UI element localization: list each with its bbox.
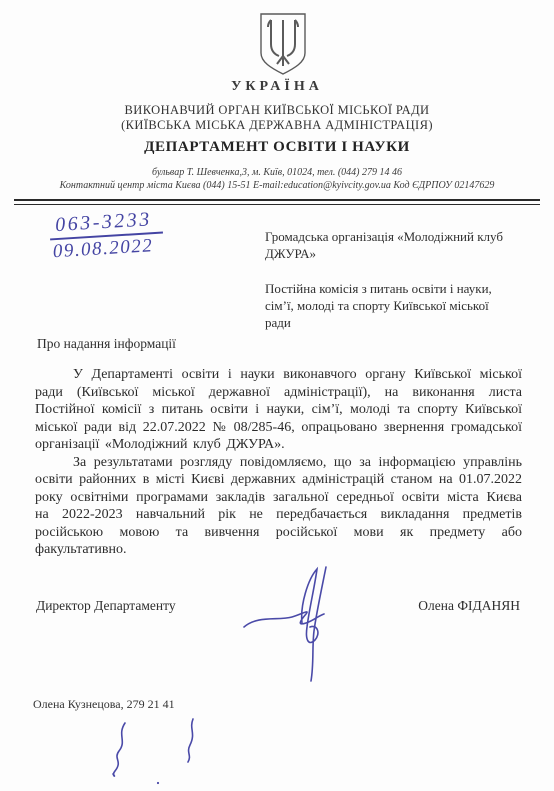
recipient-commission: Постійна комісія з питань освіти і науки… xyxy=(265,280,517,332)
recipient-block: Громадська організація «Молодіжний клуб … xyxy=(265,228,517,331)
department-name: ДЕПАРТАМЕНТ ОСВІТИ І НАУКИ xyxy=(0,139,554,156)
scanned-official-letter: УКРАЇНА ВИКОНАВЧИЙ ОРГАН КИЇВСЬКОЇ МІСЬК… xyxy=(0,0,554,791)
letterhead-divider xyxy=(14,199,540,205)
pen-marks xyxy=(95,715,235,789)
org-line-1: ВИКОНАВЧИЙ ОРГАН КИЇВСЬКОЇ МІСЬКОЇ РАДИ xyxy=(0,103,554,118)
letter-body: У Департаменті освіти і науки виконавчог… xyxy=(35,366,522,559)
handwritten-reference: 063-3233 09.08.2022 xyxy=(49,208,164,264)
ukraine-trident-emblem xyxy=(251,11,315,77)
country-title: УКРАЇНА xyxy=(0,79,554,95)
handwritten-signature xyxy=(240,563,380,685)
executor-contact: Олена Кузнецова, 279 21 41 xyxy=(33,697,175,712)
recipient-organization: Громадська організація «Молодіжний клуб … xyxy=(265,228,517,263)
body-paragraph-2: За результатами розгляду повідомляємо, щ… xyxy=(35,454,522,559)
subject-line: Про надання інформації xyxy=(37,336,176,352)
address-line-1: бульвар Т. Шевченка,3, м. Київ, 01024, т… xyxy=(0,167,554,178)
trident-shield-icon xyxy=(251,11,315,77)
signatory-name: Олена ФІДАНЯН xyxy=(380,598,520,614)
signatory-title: Директор Департаменту xyxy=(36,598,176,614)
body-paragraph-1: У Департаменті освіти і науки виконавчог… xyxy=(35,366,522,454)
address-line-2: Контактний центр міста Києва (044) 15-51… xyxy=(0,180,554,191)
pen-initials-icon xyxy=(95,715,235,789)
signature-scribble-icon xyxy=(240,563,380,685)
org-line-2: (КИЇВСЬКА МІСЬКА ДЕРЖАВНА АДМІНІСТРАЦІЯ) xyxy=(0,118,554,133)
